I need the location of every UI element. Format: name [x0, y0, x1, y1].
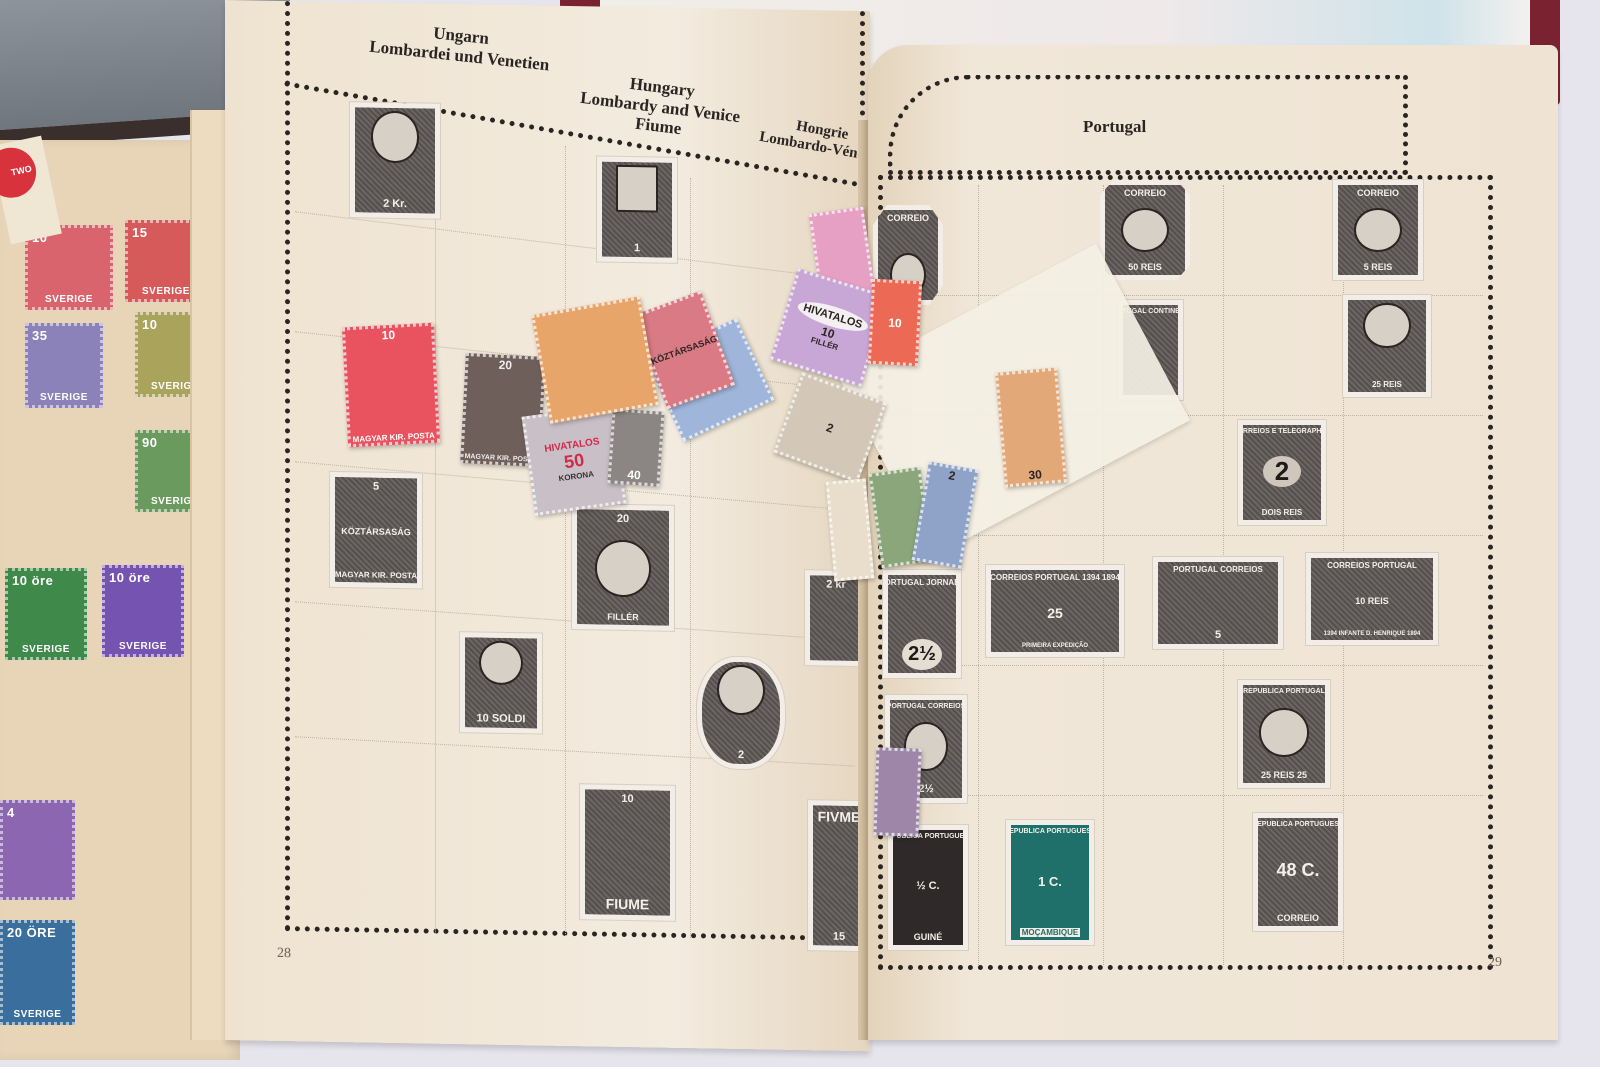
- loose-stamp[interactable]: [531, 296, 658, 423]
- grid-line: [565, 146, 566, 936]
- swedish-stamp: 35SVERIGE: [25, 323, 103, 408]
- scrap-label: TWO: [0, 143, 41, 202]
- grid-line: [690, 178, 691, 938]
- printed-stamp: 20FILLÉR: [572, 504, 674, 631]
- printed-stamp: REPUBLICA PORTUGUESA48 C.CORREIO: [1253, 813, 1343, 931]
- swedish-stamp: 10 öreSVERIGE: [5, 568, 87, 660]
- loose-stamp[interactable]: 10: [868, 279, 922, 367]
- printed-stamp: CORREIOS PORTUGAL 1394 189425PRIMEIRA EX…: [986, 565, 1124, 657]
- album-page-28[interactable]: Ungarn Lombardei und Venetien Hungary Lo…: [225, 0, 870, 1051]
- page-number: 28: [277, 946, 291, 962]
- printed-stamp: 2 Kr.: [350, 102, 440, 219]
- printed-stamp: CORREIO5 REIS: [1333, 180, 1423, 280]
- printed-stamp: PORTUGAL CORREIOS5: [1153, 557, 1283, 649]
- loose-stamp[interactable]: [826, 478, 875, 581]
- printed-stamp: CORREIOS PORTUGAL10 REIS1394 INFANTE D. …: [1306, 553, 1438, 645]
- guine-stamp: REPUBLICA PORTUGUESA½ C.GUINÉ: [888, 825, 968, 950]
- printed-stamp: PORTUGAL JORNAES2½: [883, 570, 961, 678]
- swedish-stamp: 4: [0, 800, 75, 900]
- grid-line: [435, 114, 436, 934]
- printed-stamp: 5KÖZTÁRSASÁGMAGYAR KIR. POSTA: [330, 472, 422, 589]
- swedish-stamp: 20 ÖRESVERIGE: [0, 920, 75, 1025]
- loose-stamp[interactable]: 30: [995, 368, 1067, 488]
- printed-stamp: 2: [697, 656, 785, 770]
- printed-stamp: 10 SOLDI: [460, 632, 542, 733]
- swedish-stamp: 10 öreSVERIGE: [102, 565, 184, 657]
- printed-stamp: 10FIUME: [580, 784, 675, 921]
- printed-stamp: REPUBLICA PORTUGAL25 REIS 25: [1238, 680, 1330, 788]
- grid-line: [883, 795, 1483, 796]
- loose-stamp[interactable]: [873, 747, 921, 837]
- header-box: [888, 75, 1408, 175]
- printed-stamp: 25 REIS: [1343, 295, 1431, 397]
- printed-stamp: 1: [597, 156, 677, 262]
- grid-line: [978, 185, 979, 965]
- loose-stamp[interactable]: 40: [607, 408, 664, 486]
- page-number: 29: [1488, 955, 1502, 971]
- loose-stamp[interactable]: 10MAGYAR KIR. POSTA: [342, 323, 440, 448]
- header-portugal: Portugal: [1083, 117, 1146, 137]
- printed-stamp: CORREIOS E TELEGRAPHOS2DOIS REIS: [1238, 420, 1326, 525]
- mocambique-stamp: REPUBLICA PORTUGUESA1 C.MOÇAMBIQUE: [1006, 820, 1094, 945]
- printed-stamp: CORREIO50 REIS: [1100, 180, 1190, 280]
- grid-line: [883, 665, 1483, 666]
- album-page-29[interactable]: Portugal CORREIO CORREIO50 REIS CORREIO5…: [868, 45, 1558, 1040]
